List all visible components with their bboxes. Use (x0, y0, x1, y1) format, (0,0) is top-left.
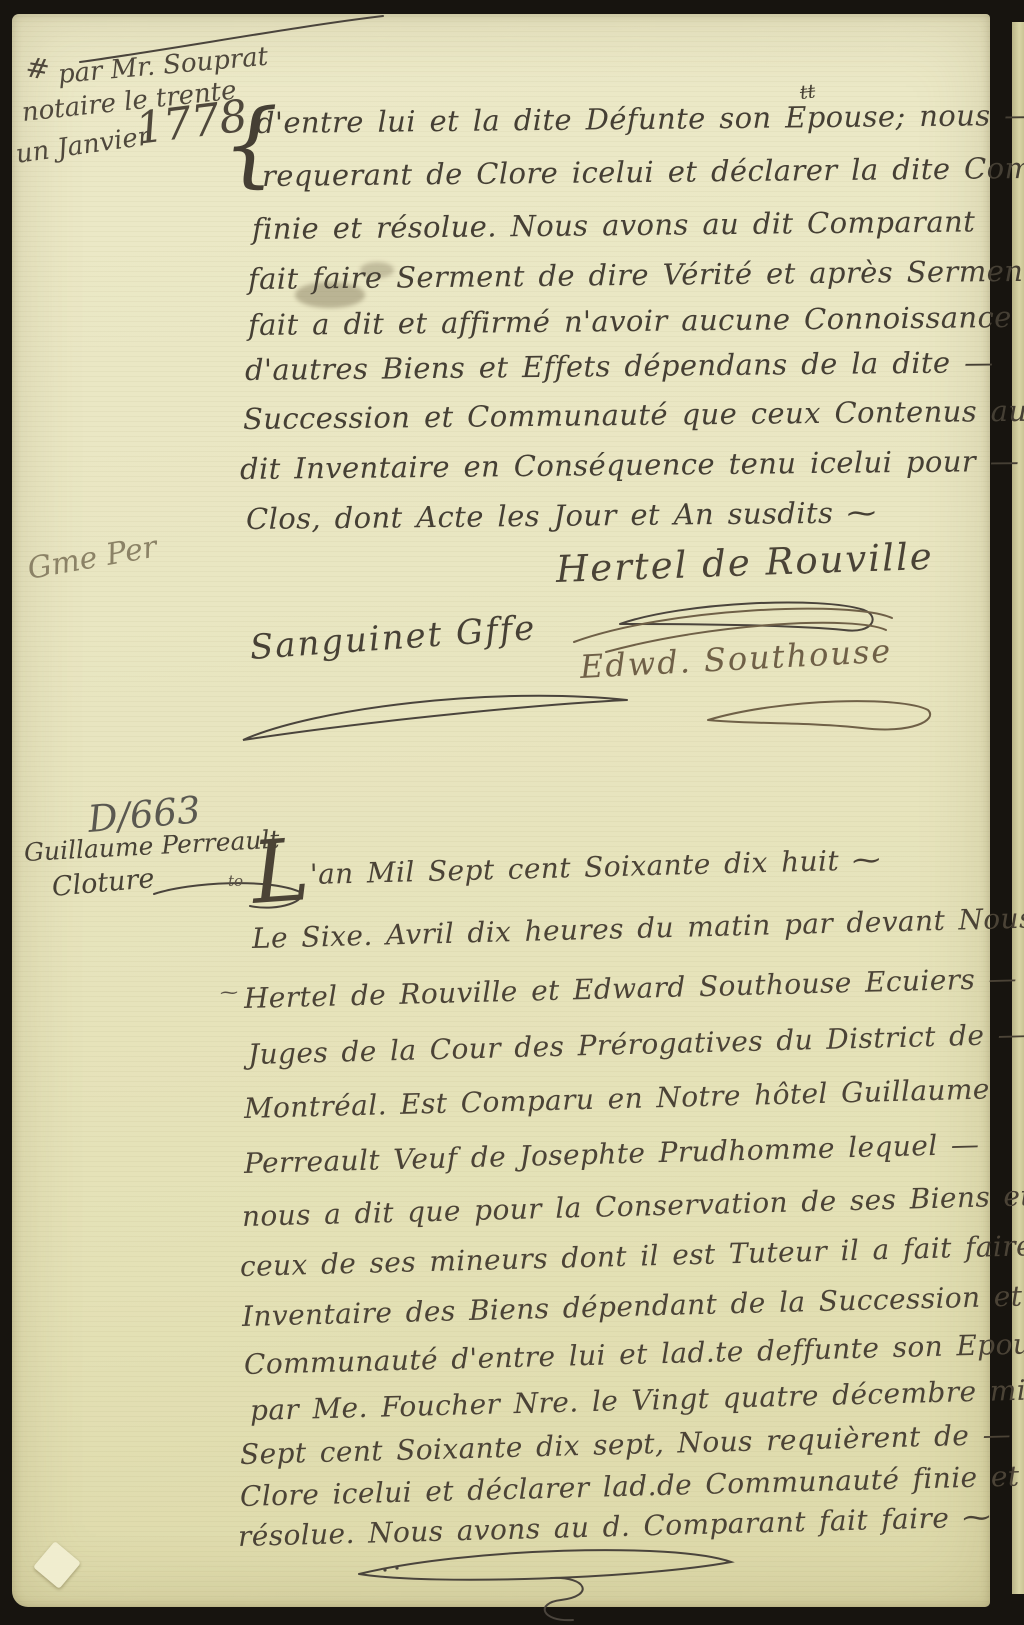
scanned-manuscript: { "margin_top": { "hash_mark": "#", "lin… (0, 0, 1024, 1625)
closing-paraph-flourish (345, 1540, 745, 1625)
left-margin-mark: ⁓ (220, 982, 238, 1003)
lead-mark: to (228, 872, 243, 890)
paragraph-initial: L (249, 820, 313, 924)
clerk-flourish (235, 686, 635, 752)
southouse-lower-flourish (702, 690, 942, 746)
manuscript-line: Clos, dont Acte les Jour et An susdits ⁓ (246, 495, 877, 536)
